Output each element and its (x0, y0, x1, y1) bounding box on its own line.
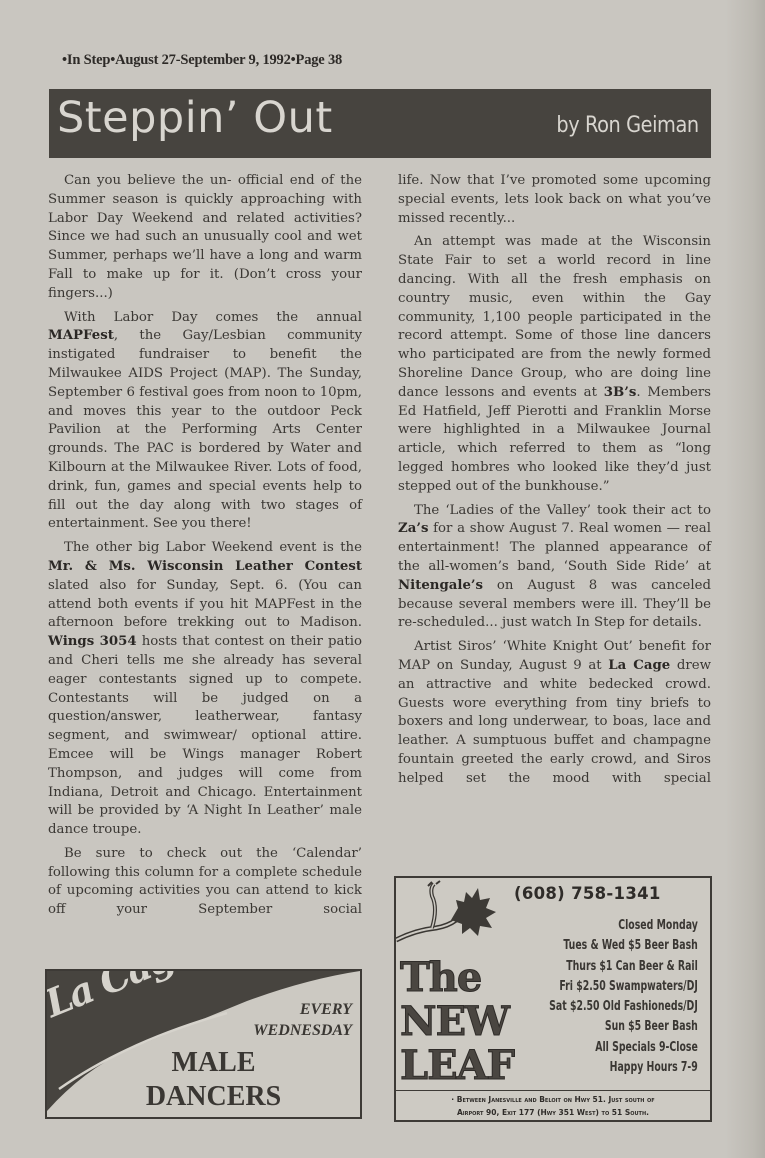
text-run: The ‘Ladies of the Valley’ took their ac… (414, 503, 711, 518)
venue-name: Wings 3054 (48, 634, 137, 649)
directions: · Between Janesville and Beloit on Hwy 5… (396, 1090, 710, 1120)
directions-line: Airport 90, Exit 177 (Hwy 351 West) to 5… (396, 1106, 710, 1119)
text-run: Be sure to check out the ‘Calendar’ foll… (48, 846, 362, 917)
special-item: Sat $2.50 Old Fashioneds/DJ (549, 997, 698, 1017)
venue-name: Za’s (398, 521, 428, 536)
text-run: , the Gay/Lesbian community instigated f… (48, 328, 362, 531)
text-run: With Labor Day comes the annual (64, 310, 362, 325)
special-item: Happy Hours 7-9 (549, 1058, 698, 1078)
paragraph: An attempt was made at the Wisconsin Sta… (398, 233, 711, 496)
lacage-advertisement: La Cage EVERY WEDNESDAY MALE DANCERS (45, 969, 362, 1119)
headline-line: DANCERS (67, 1080, 360, 1114)
newleaf-logo-line: The (400, 954, 481, 1001)
page-edge-shadow (725, 0, 765, 1158)
schedule-line: WEDNESDAY (253, 1020, 352, 1041)
column-title: Steppin’ Out (57, 93, 333, 143)
headline-line: MALE (67, 1046, 360, 1080)
venue-name: Mr. & Ms. Wisconsin Leather Contest (48, 559, 362, 574)
venue-name: Nitengale’s (398, 578, 483, 593)
newleaf-logo-line: LEAF (400, 1042, 514, 1089)
text-run: . Members Ed Hatfield, Jeff Pierotti and… (398, 385, 711, 494)
special-item: All Specials 9-Close (549, 1038, 698, 1058)
directions-line: · Between Janesville and Beloit on Hwy 5… (396, 1093, 710, 1106)
column-title-bar: Steppin’ Out by Ron Geiman (49, 89, 711, 158)
text-run: An attempt was made at the Wisconsin Sta… (398, 234, 711, 399)
special-item: Thurs $1 Can Beer & Rail (549, 957, 698, 977)
phone-number: (608) 758-1341 (514, 884, 661, 903)
article-column-right: life. Now that I’ve promoted some upcomi… (398, 172, 711, 794)
running-head: •In Step•August 27-September 9, 1992•Pag… (62, 52, 342, 69)
schedule-line: EVERY (253, 999, 352, 1020)
special-item: Fri $2.50 Swampwaters/DJ (549, 977, 698, 997)
paragraph: The other big Labor Weekend event is the… (48, 539, 362, 840)
venue-name: La Cage (608, 658, 670, 673)
special-item: Sun $5 Beer Bash (549, 1017, 698, 1037)
newleaf-logo-line: NEW (400, 998, 509, 1045)
text-run: life. Now that I’ve promoted some upcomi… (398, 173, 711, 226)
venue-name: 3B’s (604, 385, 637, 400)
article-column-left: Can you believe the un- official end of … (48, 172, 362, 925)
text-run: Can you believe the un- official end of … (48, 173, 362, 301)
text-run: The other big Labor Weekend event is the (64, 540, 362, 555)
paragraph: With Labor Day comes the annual MAPFest,… (48, 309, 362, 535)
paragraph: Artist Siros’ ‘White Knight Out’ benefit… (398, 638, 711, 788)
byline: by Ron Geiman (557, 113, 699, 138)
venue-name: MAPFest (48, 328, 114, 343)
text-run: hosts that contest on their patio and Ch… (48, 634, 362, 837)
special-item: Closed Monday (549, 916, 698, 936)
specials-list: Closed Monday Tues & Wed $5 Beer Bash Th… (512, 916, 698, 1078)
text-run: slated also for Sunday, Sept. 6. (You ca… (48, 578, 362, 631)
paragraph-continuation: life. Now that I’ve promoted some upcomi… (398, 172, 711, 228)
newleaf-advertisement: The NEW LEAF (608) 758-1341 Closed Monda… (394, 876, 712, 1122)
paragraph: Can you believe the un- official end of … (48, 172, 362, 304)
text-run: for a show August 7. Real women — real e… (398, 521, 711, 574)
special-item: Tues & Wed $5 Beer Bash (549, 936, 698, 956)
lacage-schedule: EVERY WEDNESDAY (253, 999, 352, 1041)
text-run: drew an attractive and white bedecked cr… (398, 658, 711, 786)
lacage-headline: MALE DANCERS (47, 1046, 360, 1114)
paragraph: Be sure to check out the ‘Calendar’ foll… (48, 845, 362, 920)
paragraph: The ‘Ladies of the Valley’ took their ac… (398, 502, 711, 634)
